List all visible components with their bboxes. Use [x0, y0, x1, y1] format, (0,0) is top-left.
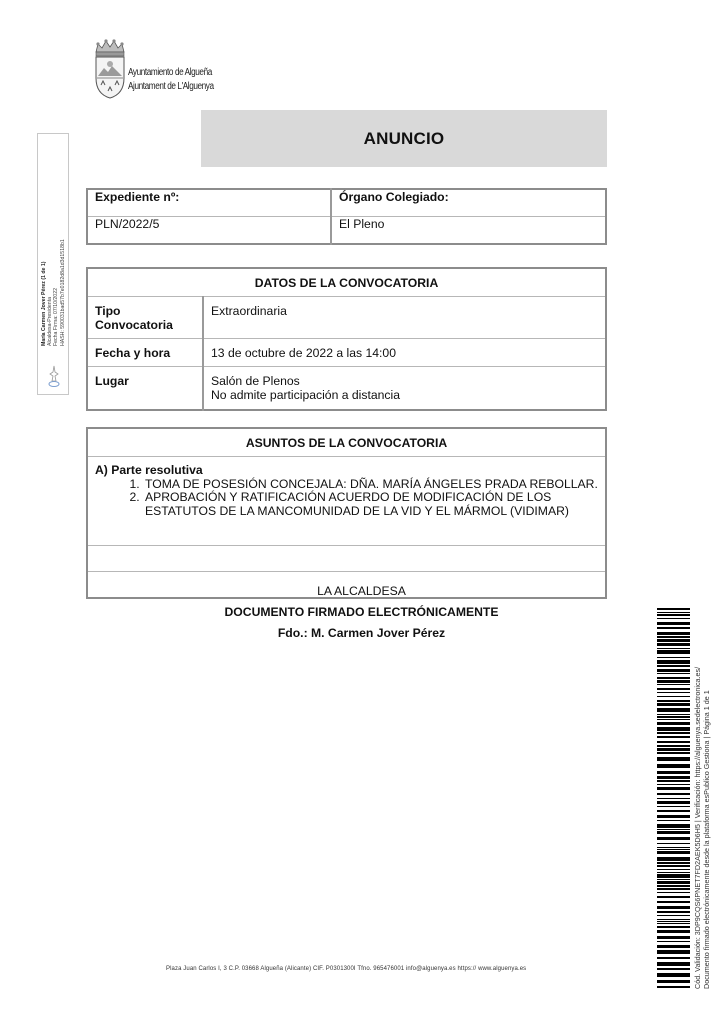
tipo-value: Extraordinaria: [203, 297, 606, 339]
lugar-place: Salón de Plenos: [211, 374, 598, 388]
section-title: A) Parte resolutiva: [95, 464, 598, 478]
signature-stamp: María Carmen Jover Pérez (1 de 1) Alcald…: [37, 133, 69, 395]
municipality-logo: Ayuntamiento de Algueña Ajuntament de L'…: [90, 38, 220, 102]
lugar-note: No admite participación a distancia: [211, 388, 598, 402]
table-row: Lugar Salón de Plenos No admite particip…: [87, 367, 606, 411]
fecha-label: Fecha y hora: [87, 339, 203, 367]
expediente-value: PLN/2022/5: [87, 217, 331, 245]
table-row: Fecha y hora 13 de octubre de 2022 a las…: [87, 339, 606, 367]
platform-notice: Documento firmado electrónicamente desde…: [703, 667, 712, 989]
lugar-value: Salón de Plenos No admite participación …: [203, 367, 606, 411]
municipal-crest-icon: [90, 38, 130, 100]
expediente-table: Expediente nº: Órgano Colegiado: PLN/202…: [86, 188, 607, 245]
table-row: Tipo Convocatoria Extraordinaria: [87, 297, 606, 339]
datos-heading: DATOS DE LA CONVOCATORIA: [87, 268, 606, 297]
agenda-list: TOMA DE POSESIÓN CONCEJALA: DÑA. MARÍA Á…: [95, 478, 598, 519]
asuntos-heading: ASUNTOS DE LA CONVOCATORIA: [87, 428, 606, 457]
logo-line-valencian: Ajuntament de L'Alguenya: [128, 80, 214, 94]
logo-line-spanish: Ayuntamiento de Algueña: [128, 66, 214, 80]
asuntos-table: ASUNTOS DE LA CONVOCATORIA A) Parte reso…: [86, 427, 607, 599]
document-title-box: ANUNCIO: [201, 110, 607, 167]
seal-icon: [46, 364, 62, 388]
empty-row: [87, 546, 606, 572]
stamp-hash: HASH: 590031bad57b7e0182d8a1d3d1518b1: [60, 239, 66, 346]
verification-text: Cód. Validación: 3DP9CQS6PNET7FD2AEK5D6H…: [694, 667, 711, 989]
expediente-label: Expediente nº:: [87, 189, 331, 217]
signed-notice: DOCUMENTO FIRMADO ELECTRÓNICAMENTE: [86, 602, 637, 623]
list-item: APROBACIÓN Y RATIFICACIÓN ACUERDO DE MOD…: [143, 491, 598, 518]
document-title: ANUNCIO: [364, 129, 445, 149]
organo-value: El Pleno: [331, 217, 606, 245]
tipo-label: Tipo Convocatoria: [87, 297, 203, 339]
signer-role: LA ALCALDESA: [86, 581, 637, 602]
signature-block: LA ALCALDESA DOCUMENTO FIRMADO ELECTRÓNI…: [86, 581, 637, 644]
organo-label: Órgano Colegiado:: [331, 189, 606, 217]
lugar-label: Lugar: [87, 367, 203, 411]
signed-by: Fdo.: M. Carmen Jover Pérez: [86, 623, 637, 644]
list-item: TOMA DE POSESIÓN CONCEJALA: DÑA. MARÍA Á…: [143, 478, 598, 492]
fecha-value: 13 de octubre de 2022 a las 14:00: [203, 339, 606, 367]
barcode-icon: [657, 608, 690, 988]
footer-address: Plaza Juan Carlos I, 3 C.P. 03668 Algueñ…: [166, 966, 526, 972]
datos-convocatoria-table: DATOS DE LA CONVOCATORIA Tipo Convocator…: [86, 267, 607, 411]
asuntos-body: A) Parte resolutiva TOMA DE POSESIÓN CON…: [87, 457, 606, 546]
